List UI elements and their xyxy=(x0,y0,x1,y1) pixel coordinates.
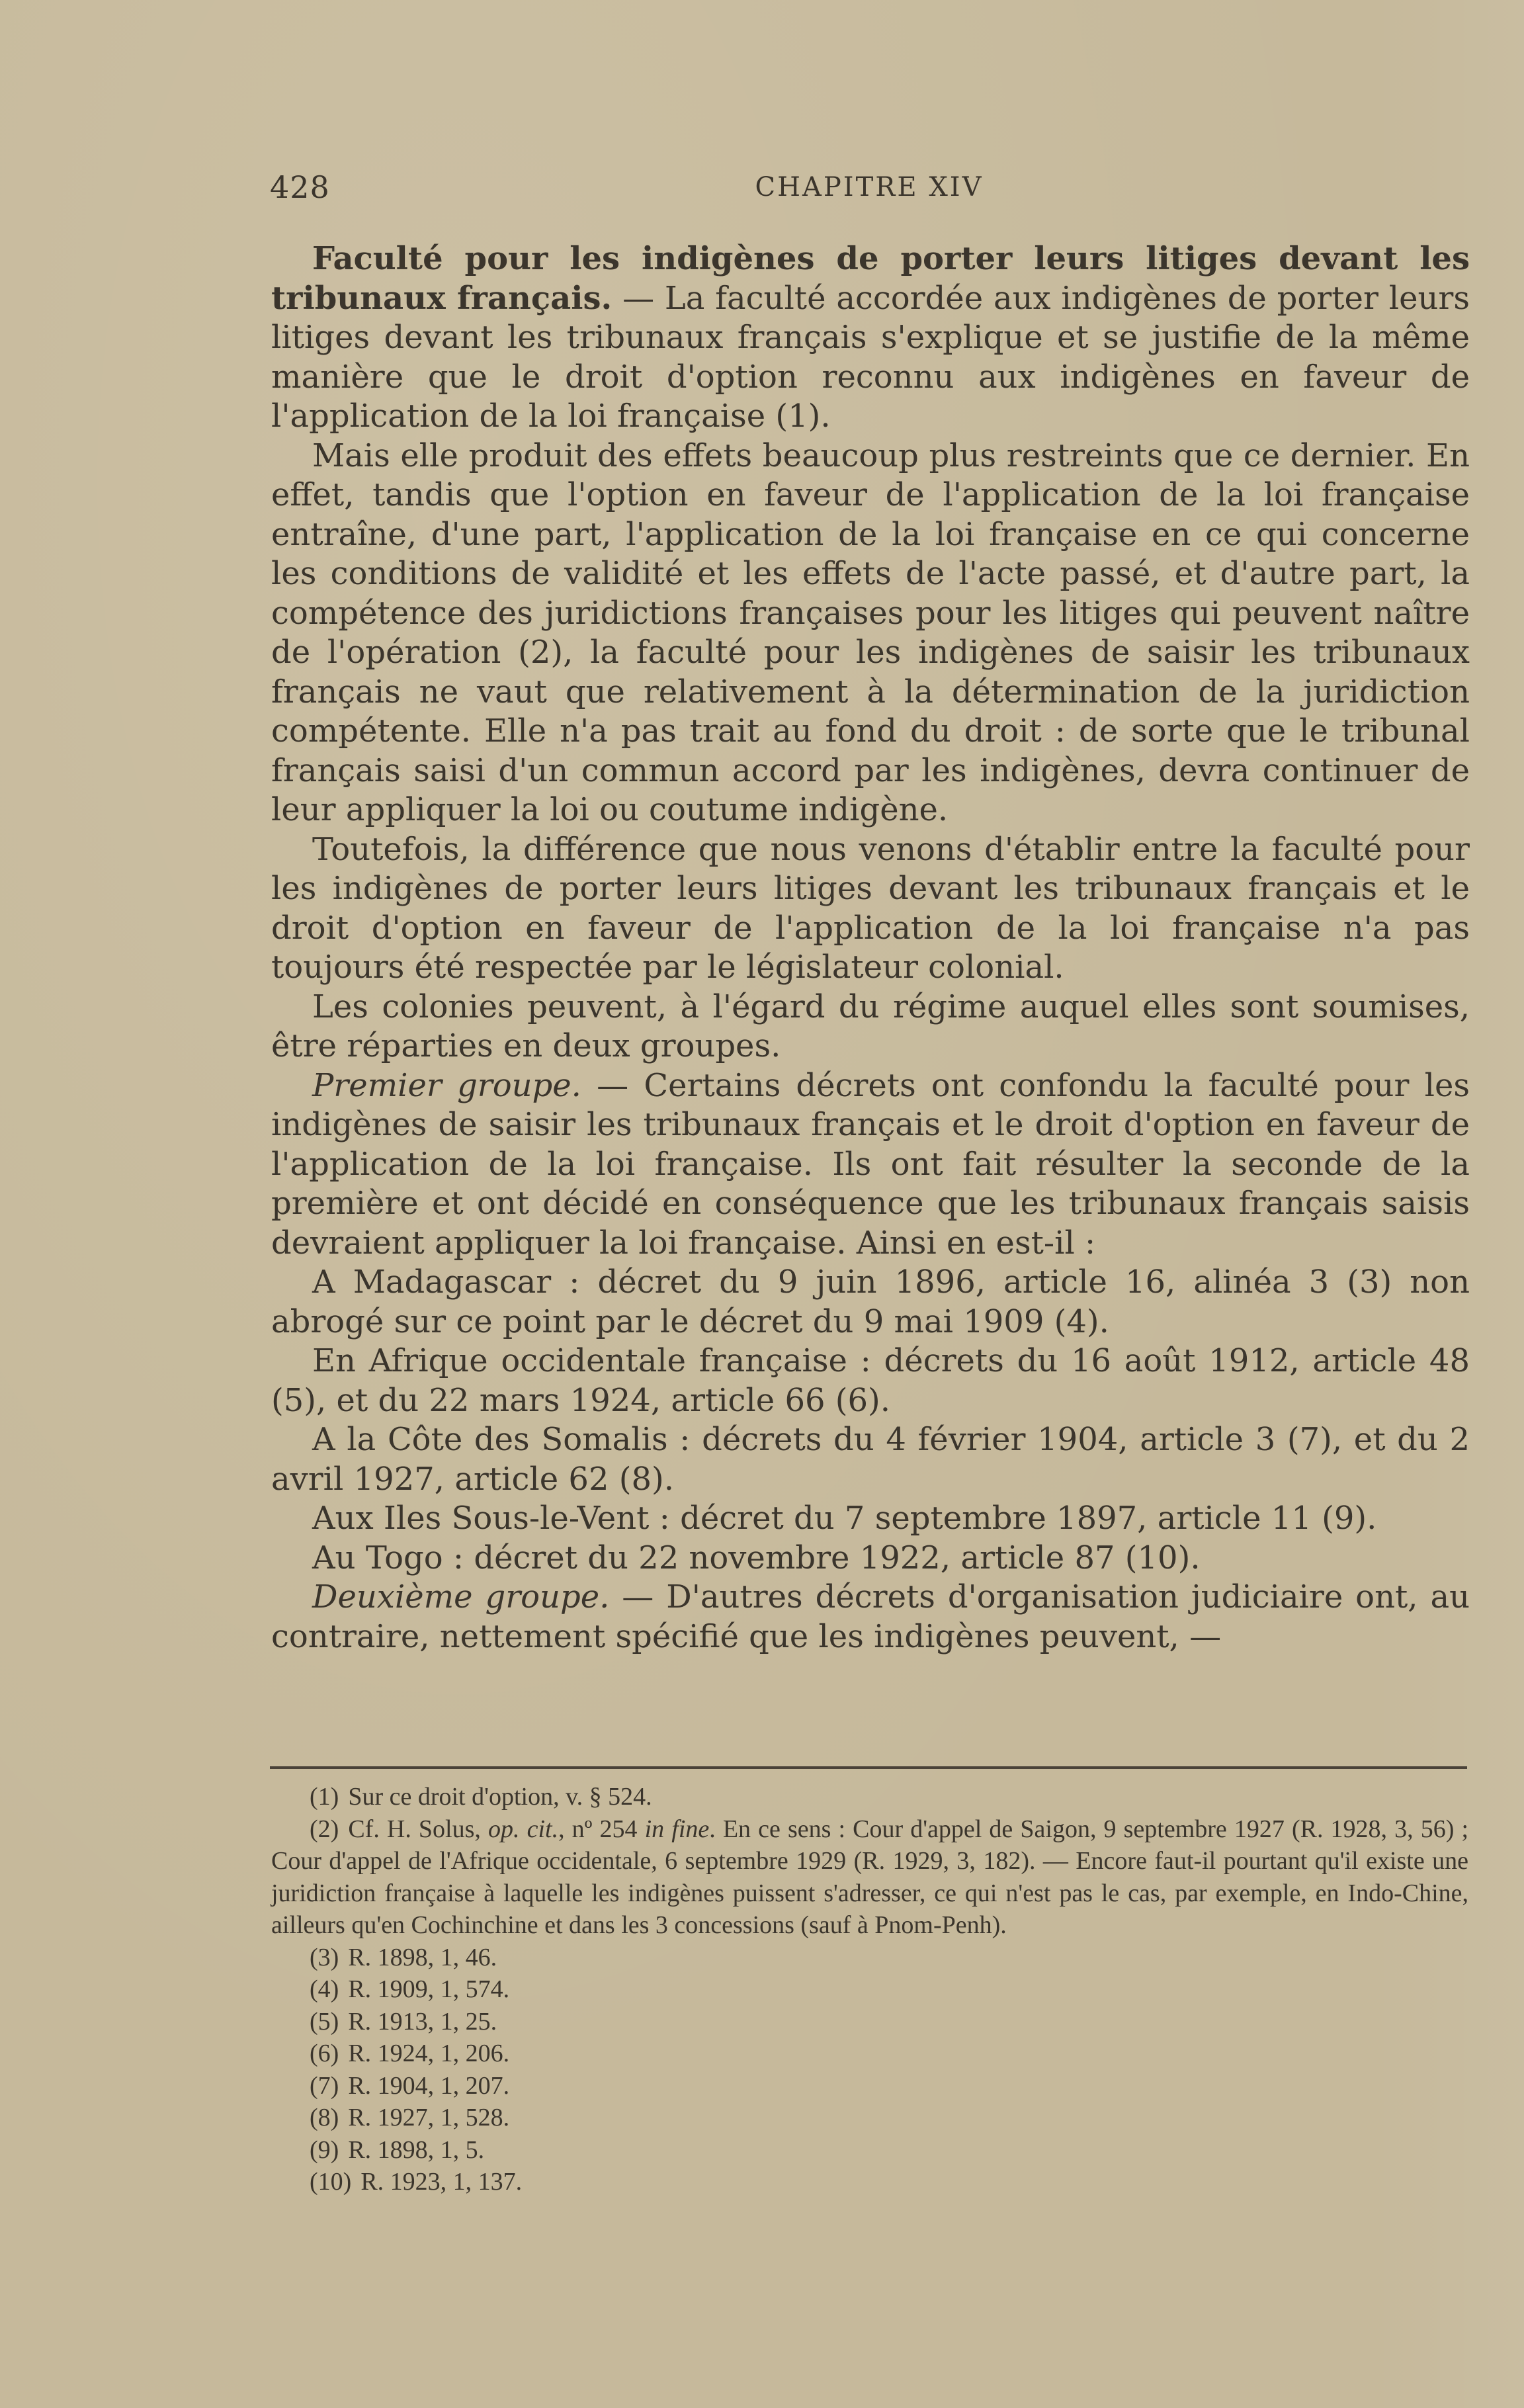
footnote-number: (5) xyxy=(310,2008,339,2036)
footnote-number: (9) xyxy=(310,2136,339,2164)
footnote-divider xyxy=(270,1766,1467,1769)
footnote-number: (2) xyxy=(310,1815,339,1843)
paragraph-premier-groupe: Premier groupe. — Certains décrets ont c… xyxy=(271,1066,1470,1264)
footnote-text: R. 1909, 1, 574. xyxy=(348,1975,509,2003)
footnote-text: R. 1904, 1, 207. xyxy=(348,2072,509,2100)
footnote-number: (6) xyxy=(310,2040,339,2067)
footnote: (4)R. 1909, 1, 574. xyxy=(271,1973,1468,2006)
footnote-text: Cf. H. Solus, xyxy=(348,1815,488,1843)
footnote-number: (10) xyxy=(310,2168,351,2196)
list-item-iles-sous-le-vent: Aux Iles Sous-le-Vent : décret du 7 sept… xyxy=(271,1499,1470,1539)
footnote: (1)Sur ce droit d'option, v. § 524. xyxy=(271,1781,1468,1813)
paragraph-deuxieme-groupe: Deuxième groupe. — D'autres décrets d'or… xyxy=(271,1578,1470,1656)
footnote-text: Sur ce droit d'option, v. § 524. xyxy=(348,1783,652,1811)
list-item-togo: Au Togo : décret du 22 novembre 1922, ar… xyxy=(271,1539,1470,1578)
list-item-somalis: A la Côte des Somalis : décrets du 4 fév… xyxy=(271,1420,1470,1499)
footnotes: (1)Sur ce droit d'option, v. § 524. (2)C… xyxy=(271,1781,1468,2198)
footnote: (8)R. 1927, 1, 528. xyxy=(271,2102,1468,2134)
paragraph-section-heading: Faculté pour les indigènes de porter leu… xyxy=(271,239,1470,437)
subheading-premier-groupe: Premier groupe. xyxy=(312,1067,581,1104)
paragraph: Toutefois, la différence que nous venons… xyxy=(271,830,1470,988)
footnote: (5)R. 1913, 1, 25. xyxy=(271,2006,1468,2038)
footnote-number: (8) xyxy=(310,2104,339,2131)
footnote-italic: op. cit. xyxy=(488,1815,558,1843)
footnote-italic: in fine xyxy=(645,1815,710,1843)
footnote: (7)R. 1904, 1, 207. xyxy=(271,2070,1468,2102)
footnote-number: (3) xyxy=(310,1944,339,1971)
running-head: 428 CHAPITRE XIV xyxy=(270,169,1468,209)
book-page: 428 CHAPITRE XIV Faculté pour les indigè… xyxy=(0,0,1524,2408)
list-item-madagascar: A Madagascar : décret du 9 juin 1896, ar… xyxy=(271,1263,1470,1342)
footnote-text: R. 1927, 1, 528. xyxy=(348,2104,509,2131)
footnote-text: R. 1898, 1, 46. xyxy=(348,1944,497,1971)
paragraph: Mais elle produit des effets beaucoup pl… xyxy=(271,437,1470,830)
footnote-text: R. 1924, 1, 206. xyxy=(348,2040,509,2067)
footnote-text: R. 1913, 1, 25. xyxy=(348,2008,497,2036)
footnote-text: R. 1898, 1, 5. xyxy=(348,2136,484,2164)
list-item-aof: En Afrique occidentale française : décre… xyxy=(271,1342,1470,1420)
footnote: (3)R. 1898, 1, 46. xyxy=(271,1942,1468,1974)
footnote: (2)Cf. H. Solus, op. cit., nº 254 in fin… xyxy=(271,1813,1468,1942)
body-text: Faculté pour les indigènes de porter leu… xyxy=(271,239,1470,1656)
footnote-number: (4) xyxy=(310,1975,339,2003)
footnote: (10)R. 1923, 1, 137. xyxy=(271,2166,1468,2198)
footnote: (6)R. 1924, 1, 206. xyxy=(271,2038,1468,2070)
chapter-title: CHAPITRE XIV xyxy=(270,172,1468,202)
paragraph: Les colonies peuvent, à l'égard du régim… xyxy=(271,988,1470,1066)
footnote-number: (1) xyxy=(310,1783,339,1811)
footnote-number: (7) xyxy=(310,2072,339,2100)
footnote-text: , nº 254 xyxy=(558,1815,645,1843)
footnote: (9)R. 1898, 1, 5. xyxy=(271,2134,1468,2167)
footnote-text: R. 1923, 1, 137. xyxy=(360,2168,522,2196)
subheading-deuxieme-groupe: Deuxième groupe. xyxy=(312,1578,609,1615)
